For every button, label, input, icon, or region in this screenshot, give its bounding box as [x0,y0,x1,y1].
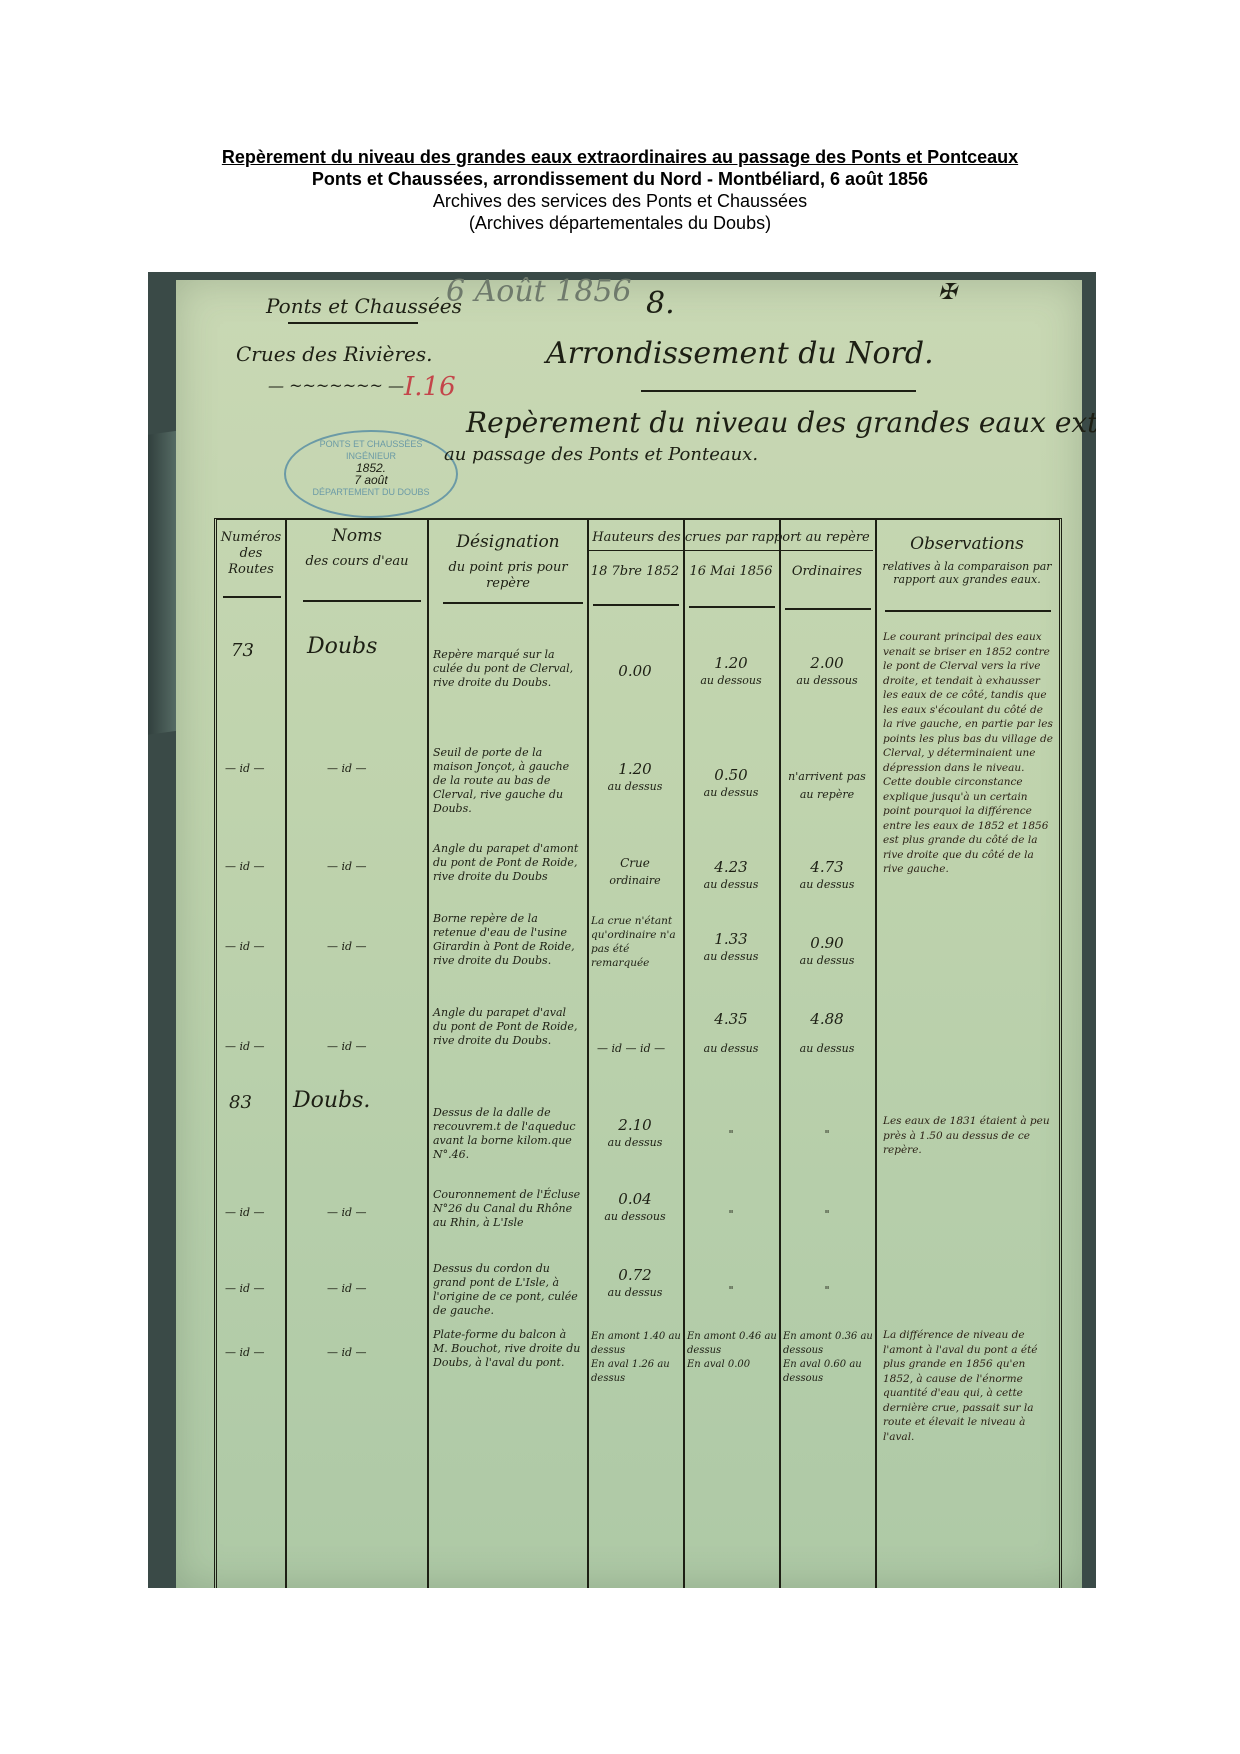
row-h1852: 0.04au dessous [589,1190,681,1226]
row-route: 73 [231,640,254,661]
header-rule [443,602,583,604]
row-route-ditto: — id — [225,1040,265,1053]
row-h1852-ditto: — id — id — [597,1042,665,1055]
caption-archive: (Archives départementales du Doubs) [0,212,1240,234]
row-route-ditto: — id — [225,1282,265,1295]
row-river-ditto: — id — [327,1040,367,1053]
row-route-ditto: — id — [225,860,265,873]
header-rule [303,600,421,602]
row-designation: Angle du parapet d'aval du pont de Pont … [433,1006,583,1048]
row-designation: Couronnement de l'Écluse N°26 du Canal d… [433,1188,583,1230]
row-designation: Dessus du cordon du grand pont de L'Isle… [433,1262,583,1318]
row-h1852: 2.10au dessus [589,1116,681,1152]
header-routes: Numéros des Routes [219,530,283,578]
row-designation: Plate-forme du balcon à M. Bouchot, rive… [433,1328,583,1370]
row-designation: Repère marqué sur la culée du pont de Cl… [433,648,583,690]
row-designation: Angle du parapet d'amont du pont de Pont… [433,842,583,884]
row-hord: 2.00au dessous [781,654,873,690]
column-divider [587,520,589,1588]
header-designation-sub: du point pris pour repère [431,560,585,592]
heading-line-1: Repèrement du niveau des grandes eaux ex… [466,406,1096,439]
row-river-ditto: — id — [327,762,367,775]
section-heading: Crues des Rivières. [236,342,432,366]
column-divider [875,520,877,1588]
header-rule [885,610,1051,612]
page-number: 8. [646,286,675,321]
caption-title: Repèrement du niveau des grandes eaux ex… [0,146,1240,168]
row-river-ditto: — id — [327,860,367,873]
row-river-ditto: — id — [327,940,367,953]
header-ordinaire: Ordinaires [781,564,873,580]
row-h1856: 0.50au dessus [685,766,777,802]
row-h1856: " [685,1126,777,1144]
service-heading: Ponts et Chaussées [266,294,462,318]
row-hord: 4.73au dessus [781,858,873,894]
stamp-ring-top: PONTS ET CHAUSSÉES [286,438,456,450]
observation-bouchot: La différence de niveau de l'amont à l'a… [883,1328,1055,1444]
row-river: Doubs. [293,1088,370,1113]
document-caption: Repèrement du niveau des grandes eaux ex… [0,146,1240,234]
row-h1856: 1.20au dessous [685,654,777,690]
row-h1856: " [685,1282,777,1300]
row-designation: Seuil de porte de la maison Jonçot, à ga… [433,746,583,816]
row-h1856: 4.35au dessus [685,1004,777,1064]
divider [288,322,418,324]
cross-mark-icon: ✠ [938,280,956,305]
arrondissement-heading: Arrondissement du Nord. [546,336,934,371]
row-h1856: 4.23au dessus [685,858,777,894]
header-heights-group: Hauteurs des crues par rapport au repère [589,530,873,546]
row-hord: " [781,1126,873,1144]
row-h1856: 1.33au dessus [685,930,777,966]
row-h1852: 0.00 [589,662,681,680]
header-rule [689,606,775,608]
heading-line-2: au passage des Ponts et Ponteaux. [444,444,758,465]
row-designation: Borne repère de la retenue d'eau de l'us… [433,912,583,968]
stamp-ring-bottom: DÉPARTEMENT DU DOUBS [286,486,456,498]
header-rule [589,550,873,551]
row-hord: En amont 0.36 au dessousEn aval 0.60 au … [783,1330,873,1386]
row-river: Doubs [307,634,377,659]
row-h1852: 0.72au dessus [589,1266,681,1302]
row-h1852-note: La crue n'étant qu'ordinaire n'a pas été… [591,914,681,970]
caption-source: Archives des services des Ponts et Chaus… [0,190,1240,212]
row-route-ditto: — id — [225,1346,265,1359]
header-rivers-sub: des cours d'eau [289,554,425,570]
header-observations-title: Observations [879,536,1055,552]
row-hord: " [781,1206,873,1224]
header-rule [593,604,679,606]
header-1856: 16 Mai 1856 [685,564,777,580]
row-river-ditto: — id — [327,1346,367,1359]
header-rivers-title: Noms [289,528,425,544]
row-designation: Dessus de la dalle de recouvrem.t de l'a… [433,1106,583,1162]
pencil-date: 6 Août 1856 [446,274,632,309]
row-river-ditto: — id — [327,1206,367,1219]
column-divider [285,520,287,1588]
caption-subtitle: Ponts et Chaussées, arrondissement du No… [0,168,1240,190]
document-photograph: Ponts et Chaussées 6 Août 1856 8. ✠ Crue… [148,272,1096,1588]
archive-stamp: PONTS ET CHAUSSÉES INGÉNIEUR 1852. 7 aoû… [284,430,458,518]
row-hord: " [781,1282,873,1300]
squiggle-divider: — ~~~~~~~ — [268,376,404,395]
observation-aqueduc: Les eaux de 1831 étaient à peu près à 1.… [883,1114,1055,1158]
row-hord: 4.88au dessus [781,1004,873,1064]
row-h1852: Crueordinaire [589,854,681,890]
header-1852: 18 7bre 1852 [589,564,681,580]
row-river-ditto: — id — [327,1282,367,1295]
stamp-date: 7 août [286,474,456,486]
flood-levels-table: Numéros des Routes Noms des cours d'eau … [214,518,1062,1588]
row-hord: n'arrivent pasau repère [781,768,873,804]
row-hord: 0.90au dessus [781,934,873,970]
row-route-ditto: — id — [225,1206,265,1219]
row-route: 83 [229,1092,252,1113]
header-rule [785,608,871,610]
header-observations-sub: relatives à la comparaison par rapport a… [879,560,1055,586]
row-h1852: En amont 1.40 au dessusEn aval 1.26 au d… [591,1330,681,1386]
row-route-ditto: — id — [225,762,265,775]
header-rule [223,596,281,598]
header-designation-title: Désignation [431,534,585,550]
row-h1856: " [685,1206,777,1224]
divider [641,390,916,392]
red-annotation: I.16 [404,372,456,402]
row-h1852: 1.20au dessus [589,760,681,796]
row-h1856: En amont 0.46 au dessusEn aval 0.00 [687,1330,777,1372]
manuscript-sheet: Ponts et Chaussées 6 Août 1856 8. ✠ Crue… [176,280,1082,1588]
row-route-ditto: — id — [225,940,265,953]
observation-clerval: Le courant principal des eaux venait se … [883,630,1055,877]
column-divider [427,520,429,1588]
